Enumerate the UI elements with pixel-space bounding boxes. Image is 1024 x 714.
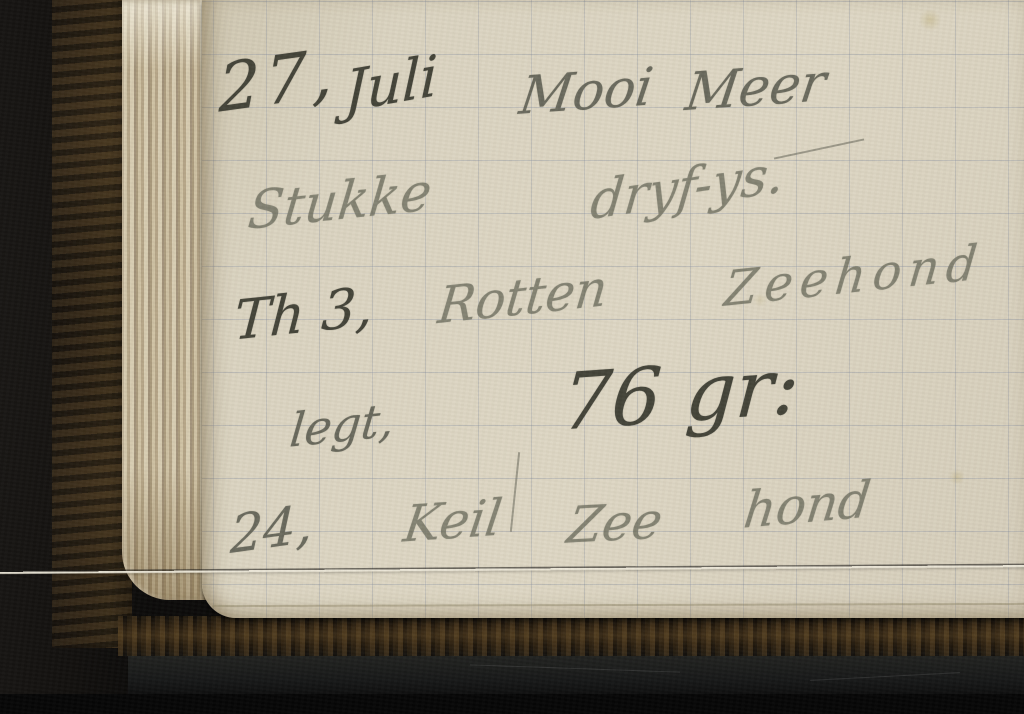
handwritten-word: Mooi <box>516 57 657 127</box>
handwritten-word: legt, <box>287 392 397 458</box>
handwritten-word: hond <box>741 470 874 540</box>
handwritten-word: 24, <box>229 494 313 566</box>
book-cover-bottom-edge <box>118 616 1024 656</box>
handwritten-word: Keil <box>400 488 506 554</box>
handwritten-word: Zee <box>563 491 666 554</box>
backdrop-bottom <box>0 694 1024 714</box>
book-cover-left-edge <box>52 0 132 648</box>
notebook-photo: 27, Juli Mooi Meer Stukke dryf-ys. Th 3,… <box>0 0 1024 714</box>
handwritten-word: Meer <box>682 53 830 123</box>
book-page-fore-edge <box>122 0 210 600</box>
handwritten-number: 76 gr: <box>559 341 802 448</box>
